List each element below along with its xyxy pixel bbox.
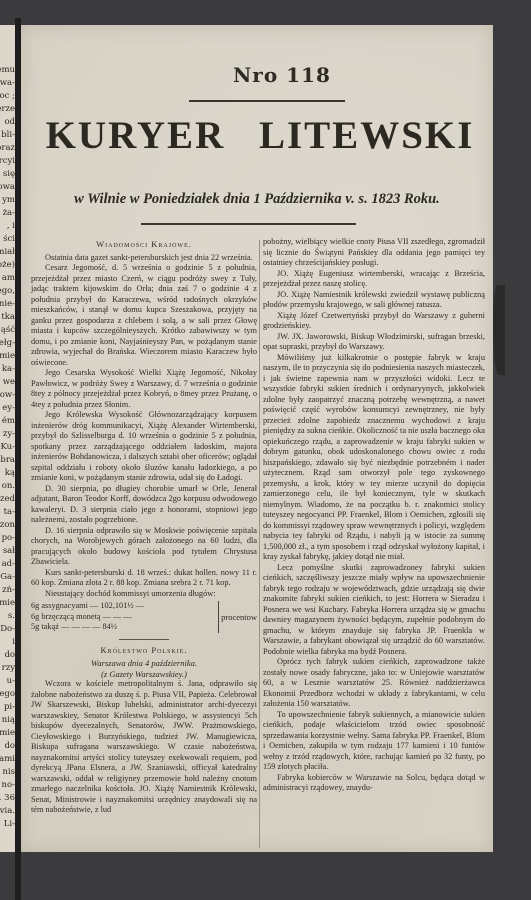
previous-page-text-line: ego, bbox=[0, 286, 15, 297]
previous-page-text-line: ża- bbox=[3, 208, 15, 219]
article-paragraph: Fabryka kobierców w Warszawie na Solcu, … bbox=[263, 773, 485, 794]
previous-page-text-line: miał bbox=[0, 247, 15, 258]
article-paragraph: D. 16 sierpnia odprawiło się w Moskwie p… bbox=[31, 526, 257, 568]
previous-page-text-line: ełg- bbox=[0, 338, 15, 349]
article-paragraph: JW. JX. Jaworowski, Biskup Włodzimirski,… bbox=[263, 332, 485, 353]
previous-page-text-line: on. bbox=[2, 481, 15, 492]
right-column: pobożny, wielbiący wielkie cnoty Piusa V… bbox=[263, 237, 485, 794]
previous-page-text-line: ey- bbox=[2, 403, 15, 414]
previous-page-text-line: ém bbox=[2, 416, 15, 427]
section-heading-domestic-news: Wiadomości Krajowe. bbox=[31, 239, 257, 250]
previous-page-text-line: ego bbox=[0, 689, 15, 700]
article-paragraph: Xiążę Józef Czetwertyński przybył do War… bbox=[263, 311, 485, 332]
previous-page-text-line: do bbox=[4, 741, 15, 752]
previous-page-text-line: ąść bbox=[1, 325, 15, 336]
previous-page-text-line: . 36 bbox=[0, 793, 15, 804]
previous-page-text-line: ką bbox=[5, 468, 15, 479]
previous-page-text-line: po- bbox=[2, 533, 15, 544]
article-paragraph: Ostatnia data gazet sankt-petersburskich… bbox=[31, 253, 257, 264]
section-divider bbox=[119, 639, 169, 640]
previous-page-text-line: wa- bbox=[0, 78, 15, 89]
previous-page-text-line: ym bbox=[2, 195, 15, 206]
debt-commission-paragraph: Nieustający dochód kommissyi umorzenia d… bbox=[31, 589, 257, 600]
article-paragraph: Oprócz tych fabryk sukien cieńkich, zapr… bbox=[263, 657, 485, 710]
previous-page-text-line: pi- bbox=[4, 702, 15, 713]
article-paragraph: JO. Xiążę Namiestnik królewski zwiedził … bbox=[263, 290, 485, 311]
previous-page-text-line: zed bbox=[0, 494, 15, 505]
previous-page-text-line: Li- bbox=[4, 819, 15, 830]
debt-row: 6g brzęczącą monetą — — — bbox=[31, 612, 214, 623]
article-paragraph: To upowszechnienie fabryk sukiennych, a … bbox=[263, 710, 485, 773]
left-column: Wiadomości Krajowe. Ostatnia data gazet … bbox=[31, 237, 257, 816]
previous-page-text-line: mie bbox=[0, 351, 15, 362]
page-edge-tear bbox=[493, 285, 505, 375]
debt-bracket-label: procentow bbox=[218, 601, 257, 633]
previous-page-text-line: zon bbox=[0, 520, 15, 531]
debt-row: 6g assygnacyami — 102,101½ — bbox=[31, 601, 214, 612]
debt-row: 5g takąż — — — — 84½ bbox=[31, 622, 214, 633]
previous-page-text-line: ow- bbox=[0, 390, 15, 401]
previous-page-text-line: erze bbox=[0, 104, 15, 115]
previous-page-text-line: zy- bbox=[3, 429, 15, 440]
article-paragraph: pobożny, wielbiący wielkie cnoty Piusa V… bbox=[263, 237, 485, 269]
previous-page-text-line: we bbox=[3, 377, 15, 388]
issue-number: Nro 118 bbox=[233, 63, 331, 87]
previous-page-text-line: rcyi bbox=[0, 156, 15, 167]
previous-page-text-line: bra bbox=[0, 455, 15, 466]
previous-page-text-line: nis bbox=[2, 767, 15, 778]
section-subheading: Warszawa dnia 4 października. bbox=[31, 658, 257, 669]
article-paragraph: Jego Cesarska Wysokość Wielki Xiążę Jego… bbox=[31, 368, 257, 410]
previous-page-text-line: oże) bbox=[0, 260, 15, 271]
previous-page-text-line: emu bbox=[0, 65, 15, 76]
section-heading-kingdom-of-poland: Królestwo Polskie. bbox=[31, 645, 257, 656]
previous-page-text-line: nie- bbox=[0, 299, 15, 310]
previous-page-text-line: Ku- bbox=[0, 442, 15, 453]
newspaper-title: KURYER LITEWSKI bbox=[40, 113, 480, 158]
previous-page-text-line: od bbox=[4, 117, 15, 128]
dateline: w Wilnie w Poniedziałek dnia 1 Październ… bbox=[47, 191, 467, 208]
article-paragraph: D. 30 sierpnia, po długiey chorobie umar… bbox=[31, 484, 257, 526]
previous-page-text-line: zń- bbox=[2, 585, 15, 596]
newspaper-page: Nro 118 KURYER LITEWSKI w Wilnie w Ponie… bbox=[21, 25, 493, 852]
previous-page-text-line: oraz bbox=[0, 143, 15, 154]
article-paragraph: Mówiliśmy już kilkakrotnie o postępie fa… bbox=[263, 353, 485, 563]
previous-page-text-line: Do- bbox=[0, 624, 15, 635]
previous-page-text-line: u- bbox=[7, 676, 15, 687]
previous-page-text-line: via. bbox=[0, 806, 15, 817]
exchange-rates-paragraph: Kurs sankt-petersburski d. 18 wrześ.: du… bbox=[31, 568, 257, 589]
masthead-rule-bottom bbox=[141, 223, 356, 225]
section-source: (z Gazety Warszawskiey.) bbox=[31, 669, 257, 680]
previous-page-text-line: ka- bbox=[2, 364, 15, 375]
previous-page-text-line: noc ; bbox=[0, 91, 15, 102]
previous-page-text-line: ami bbox=[0, 754, 15, 765]
debt-table: 6g assygnacyami — 102,101½ — 6g brzęcząc… bbox=[31, 601, 257, 633]
previous-page-text-line: , i bbox=[7, 221, 15, 232]
article-paragraph: Wczora w kościele metropolitalnym ś. Jan… bbox=[31, 679, 257, 816]
column-divider bbox=[259, 240, 260, 848]
previous-page-text-line: mie bbox=[0, 728, 15, 739]
previous-page-text-line: bli- bbox=[1, 130, 15, 141]
previous-page-text-line: mie bbox=[0, 598, 15, 609]
previous-page-text-line: do bbox=[4, 650, 15, 661]
previous-page-text-line: am bbox=[2, 273, 15, 284]
article-paragraph: Jego Królewska Wysokość Głównozarządzają… bbox=[31, 410, 257, 484]
previous-page-text-line: Ga- bbox=[0, 572, 15, 583]
article-paragraph: JO. Xiążę Eugeniusz wirtemberski, wracaj… bbox=[263, 269, 485, 290]
previous-page-text-line: no- bbox=[2, 780, 15, 791]
article-paragraph: Lecz pomyślne skutki zaprowadzoney fabry… bbox=[263, 563, 485, 658]
previous-page-text-line: owa bbox=[0, 182, 15, 193]
previous-page-text-line: tka bbox=[1, 312, 15, 323]
previous-page-text-line: nią bbox=[2, 715, 15, 726]
previous-page-text-line: się bbox=[3, 169, 15, 180]
previous-page-text-line: sał bbox=[3, 546, 15, 557]
previous-page-text-line: ści bbox=[3, 234, 15, 245]
previous-page-fragment: emuwa-noc ;erzeodbli-orazrcyisięowaymża-… bbox=[0, 25, 16, 852]
previous-page-text-line: ad- bbox=[2, 559, 15, 570]
article-paragraph: Cesarz Jegomość, d. 5 września o godzini… bbox=[31, 263, 257, 368]
previous-page-text-line: rzy bbox=[2, 663, 15, 674]
previous-page-text-line: s. bbox=[8, 611, 15, 622]
previous-page-text-line: ta- bbox=[4, 507, 15, 518]
masthead-rule-top bbox=[189, 100, 345, 102]
